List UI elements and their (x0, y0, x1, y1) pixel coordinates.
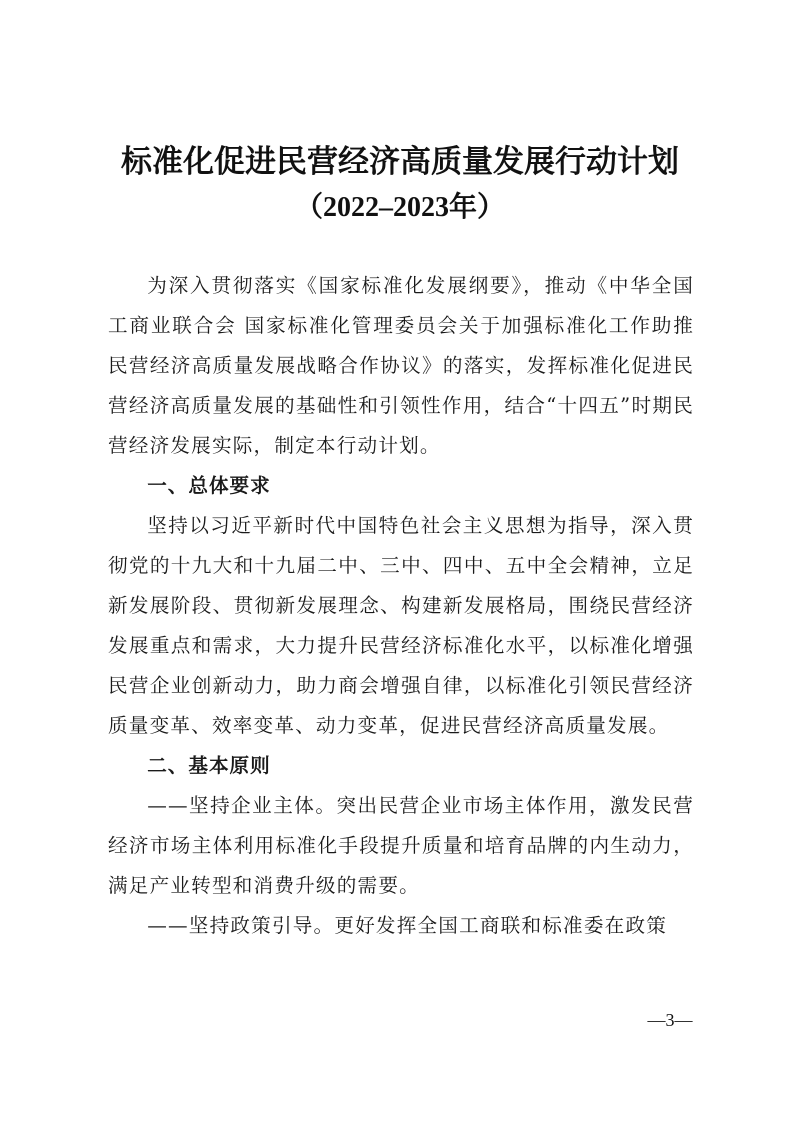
general-requirements-paragraph: 坚持以习近平新时代中国特色社会主义思想为指导，深入贯彻党的十九大和十九届二中、三… (108, 506, 694, 746)
page-number: —3— (640, 1010, 700, 1031)
principle-policy-guidance-paragraph: ——坚持政策引导。更好发挥全国工商联和标准委在政策 (108, 906, 694, 946)
section-heading-basic-principles: 二、基本原则 (108, 746, 694, 786)
principle-enterprise-subject-paragraph: ——坚持企业主体。突出民营企业市场主体作用，激发民营经济市场主体利用标准化手段提… (108, 786, 694, 906)
document-page: 标准化促进民营经济高质量发展行动计划 （2022–2023年） 为深入贯彻落实《… (0, 0, 800, 1131)
document-subtitle: （2022–2023年） (0, 188, 800, 228)
document-title: 标准化促进民营经济高质量发展行动计划 (0, 142, 800, 182)
document-body: 为深入贯彻落实《国家标准化发展纲要》，推动《中华全国工商业联合会 国家标准化管理… (108, 266, 694, 946)
intro-paragraph: 为深入贯彻落实《国家标准化发展纲要》，推动《中华全国工商业联合会 国家标准化管理… (108, 266, 694, 466)
section-heading-general-requirements: 一、总体要求 (108, 466, 694, 506)
